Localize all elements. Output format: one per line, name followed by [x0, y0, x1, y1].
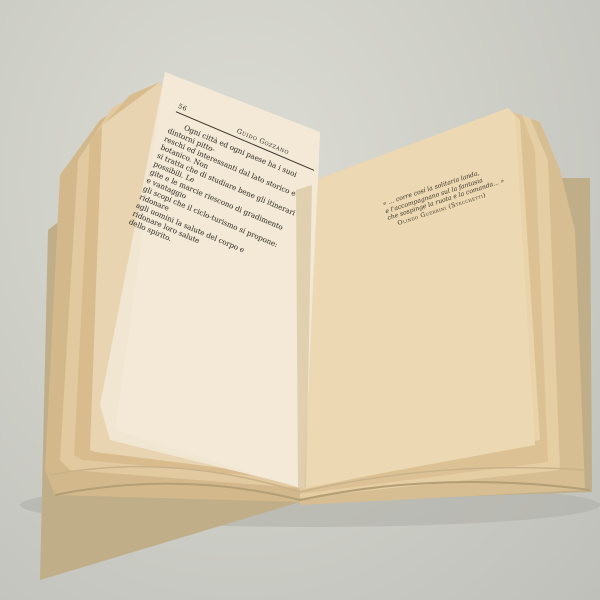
open-book-illustration: [0, 0, 600, 600]
photo-scene: 56 Guido Gozzano Ogni città ed ogni paes…: [0, 0, 600, 600]
